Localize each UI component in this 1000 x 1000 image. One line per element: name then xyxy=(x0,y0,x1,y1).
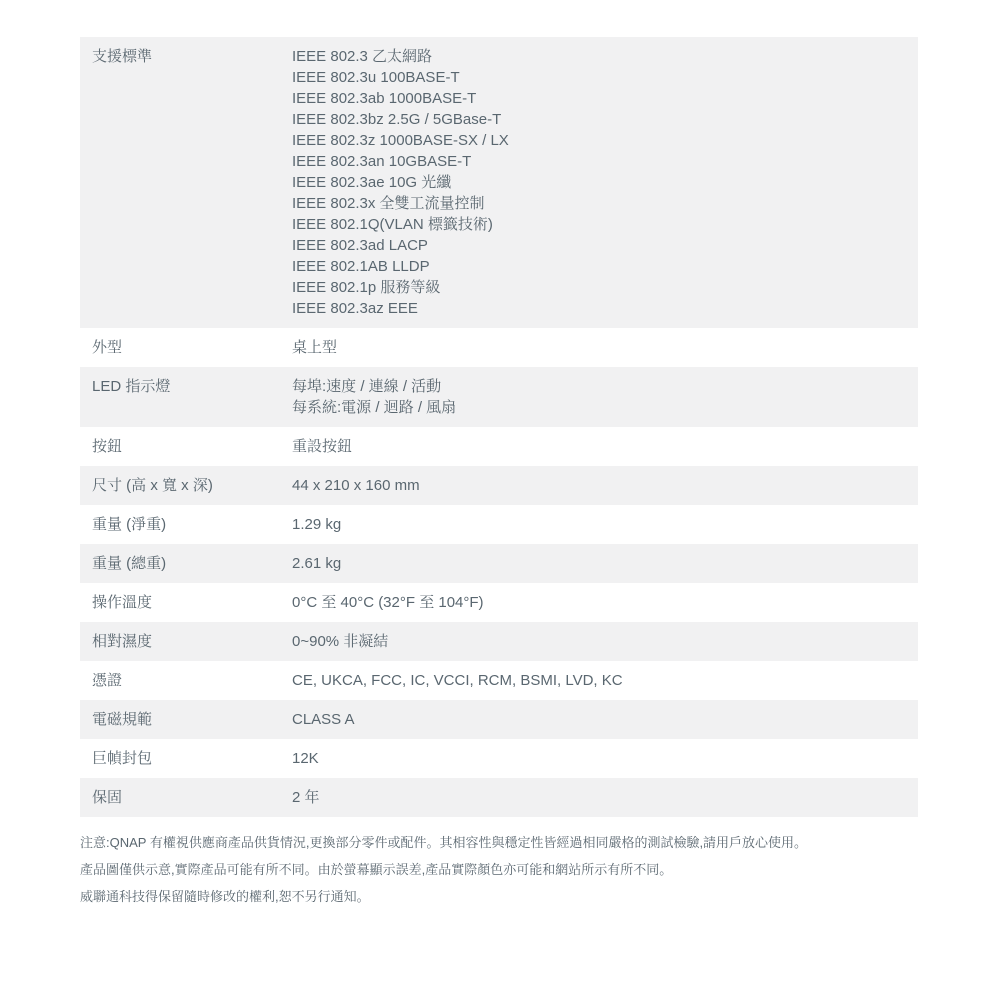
spec-table: 支援標準 IEEE 802.3 乙太網路 IEEE 802.3u 100BASE… xyxy=(80,37,918,817)
spec-page: 支援標準 IEEE 802.3 乙太網路 IEEE 802.3u 100BASE… xyxy=(80,37,918,910)
disclaimer-line-1: 注意:QNAP 有權視供應商產品供貨情況,更換部分零件或配件。其相容性與穩定性皆… xyxy=(80,829,918,856)
spec-row-form-factor: 外型 桌上型 xyxy=(80,328,918,367)
spec-label: 尺寸 (高 x 寬 x 深) xyxy=(80,475,292,496)
spec-value: IEEE 802.3 乙太網路 IEEE 802.3u 100BASE-T IE… xyxy=(292,46,918,319)
spec-label: 重量 (總重) xyxy=(80,553,292,574)
spec-row-operating-temperature: 操作溫度 0°C 至 40°C (32°F 至 104°F) xyxy=(80,583,918,622)
spec-label: 憑證 xyxy=(80,670,292,691)
spec-row-led-indicators: LED 指示燈 每埠:速度 / 連線 / 活動 每系統:電源 / 迴路 / 風扇 xyxy=(80,367,918,427)
spec-row-certifications: 憑證 CE, UKCA, FCC, IC, VCCI, RCM, BSMI, L… xyxy=(80,661,918,700)
spec-label: 操作溫度 xyxy=(80,592,292,613)
spec-value: 12K xyxy=(292,748,918,769)
spec-label: 支援標準 xyxy=(80,46,292,67)
spec-value: CE, UKCA, FCC, IC, VCCI, RCM, BSMI, LVD,… xyxy=(292,670,918,691)
spec-row-weight-gross: 重量 (總重) 2.61 kg xyxy=(80,544,918,583)
disclaimer-notes: 注意:QNAP 有權視供應商產品供貨情況,更換部分零件或配件。其相容性與穩定性皆… xyxy=(80,829,918,910)
disclaimer-line-3: 威聯通科技得保留隨時修改的權利,恕不另行通知。 xyxy=(80,883,918,910)
spec-value: 2.61 kg xyxy=(292,553,918,574)
spec-row-weight-net: 重量 (淨重) 1.29 kg xyxy=(80,505,918,544)
spec-label: 巨幀封包 xyxy=(80,748,292,769)
spec-row-relative-humidity: 相對濕度 0~90% 非凝結 xyxy=(80,622,918,661)
spec-value: 44 x 210 x 160 mm xyxy=(292,475,918,496)
spec-value: CLASS A xyxy=(292,709,918,730)
spec-value: 重設按鈕 xyxy=(292,436,918,457)
spec-label: 保固 xyxy=(80,787,292,808)
spec-label: 外型 xyxy=(80,337,292,358)
spec-value: 2 年 xyxy=(292,787,918,808)
spec-value: 每埠:速度 / 連線 / 活動 每系統:電源 / 迴路 / 風扇 xyxy=(292,376,918,418)
spec-label: 相對濕度 xyxy=(80,631,292,652)
spec-label: 重量 (淨重) xyxy=(80,514,292,535)
disclaimer-line-2: 產品圖僅供示意,實際產品可能有所不同。由於螢幕顯示誤差,產品實際顏色亦可能和網站… xyxy=(80,856,918,883)
spec-row-warranty: 保固 2 年 xyxy=(80,778,918,817)
spec-label: 電磁規範 xyxy=(80,709,292,730)
spec-label: 按鈕 xyxy=(80,436,292,457)
spec-row-dimensions: 尺寸 (高 x 寬 x 深) 44 x 210 x 160 mm xyxy=(80,466,918,505)
spec-value: 1.29 kg xyxy=(292,514,918,535)
spec-row-supported-standards: 支援標準 IEEE 802.3 乙太網路 IEEE 802.3u 100BASE… xyxy=(80,37,918,328)
spec-value: 桌上型 xyxy=(292,337,918,358)
spec-label: LED 指示燈 xyxy=(80,376,292,397)
spec-value: 0°C 至 40°C (32°F 至 104°F) xyxy=(292,592,918,613)
spec-row-emc-class: 電磁規範 CLASS A xyxy=(80,700,918,739)
spec-row-buttons: 按鈕 重設按鈕 xyxy=(80,427,918,466)
spec-row-jumbo-frame: 巨幀封包 12K xyxy=(80,739,918,778)
spec-value: 0~90% 非凝結 xyxy=(292,631,918,652)
